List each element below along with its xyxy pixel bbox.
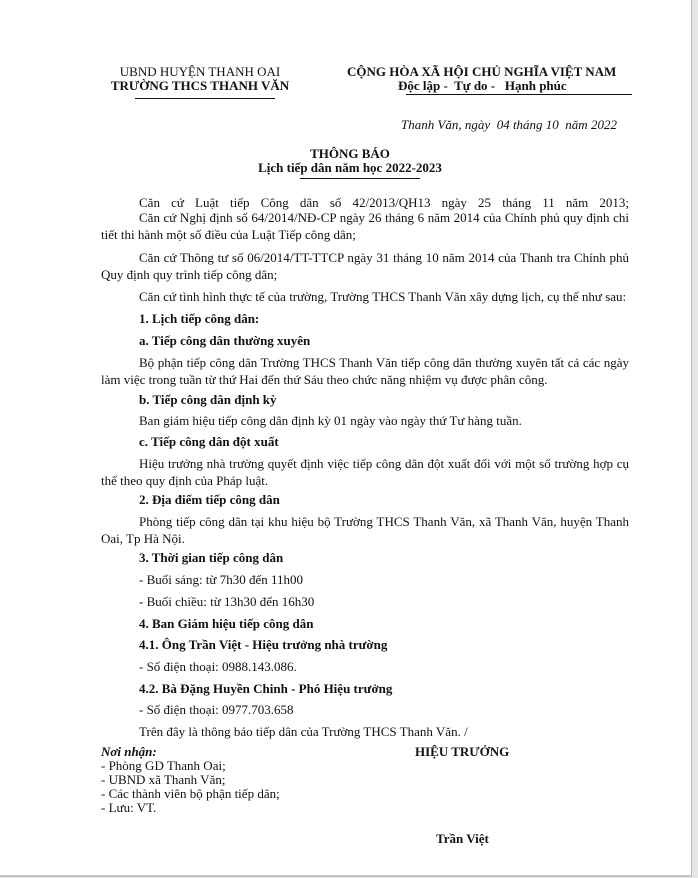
section-1c-heading: c. Tiếp công dân đột xuất: [139, 434, 279, 449]
section-1b-heading: b. Tiếp công dân định kỳ: [139, 392, 277, 407]
principal-heading: 4.1. Ông Trần Việt - Hiệu trưởng nhà trư…: [139, 637, 387, 652]
signatory-name: Trần Việt: [436, 831, 489, 846]
document-title: THÔNG BÁO: [220, 146, 480, 161]
section-1a-text: Bộ phận tiếp công dân Trường THCS Thanh …: [101, 354, 629, 388]
section-2-heading: 2. Địa điểm tiếp công dân: [139, 492, 280, 507]
recipient-item: - UBND xã Thanh Văn;: [101, 772, 225, 787]
place-date: Thanh Văn, ngày 04 tháng 10 năm 2022: [401, 117, 617, 132]
vice-principal-phone: - Số điện thoại: 0977.703.658: [139, 702, 294, 717]
vice-principal-heading: 4.2. Bà Đặng Huyền Chinh - Phó Hiệu trưở…: [139, 681, 392, 696]
signature-title: HIỆU TRƯỞNG: [415, 744, 509, 759]
preamble-4: Căn cứ tình hình thực tế của trường, Trư…: [101, 288, 629, 305]
section-4-heading: 4. Ban Giám hiệu tiếp công dân: [139, 616, 313, 631]
recipient-item: - Lưu: VT.: [101, 800, 156, 815]
school-underline: [135, 98, 275, 99]
agency-name: UBND HUYỆN THANH OAI: [90, 64, 310, 79]
section-2-text: Phòng tiếp công dân tại khu hiệu bộ Trườ…: [101, 513, 629, 547]
closing-statement: Trên đây là thông báo tiếp dân của Trườn…: [139, 724, 468, 739]
preamble-2: Căn cứ Nghị định số 64/2014/NĐ-CP ngày 2…: [101, 209, 629, 243]
section-1c-text: Hiệu trưởng nhà trường quyết định việc t…: [101, 455, 629, 489]
afternoon-hours: - Buổi chiều: từ 13h30 đến 16h30: [139, 594, 314, 609]
section-1a-heading: a. Tiếp công dân thường xuyên: [139, 333, 310, 348]
document-subtitle: Lịch tiếp dân năm học 2022-2023: [220, 160, 480, 175]
recipient-item: - Các thành viên bộ phận tiếp dân;: [101, 786, 280, 801]
school-name: TRƯỜNG THCS THANH VĂN: [90, 78, 310, 93]
title-underline: [300, 178, 420, 179]
section-1b-text: Ban giám hiệu tiếp công dân định kỳ 01 n…: [101, 412, 629, 429]
recipients-label: Nơi nhận:: [101, 744, 157, 759]
national-motto: Độc lập - Tự do - Hạnh phúc: [398, 78, 567, 93]
recipient-item: - Phòng GD Thanh Oai;: [101, 758, 226, 773]
national-title: CỘNG HÒA XÃ HỘI CHỦ NGHĨA VIỆT NAM: [347, 64, 616, 79]
document-page: UBND HUYỆN THANH OAI TRƯỜNG THCS THANH V…: [0, 0, 692, 877]
morning-hours: - Buổi sáng: từ 7h30 đến 11h00: [139, 572, 303, 587]
section-3-heading: 3. Thời gian tiếp công dân: [139, 550, 283, 565]
section-1-heading: 1. Lịch tiếp công dân:: [139, 311, 259, 326]
principal-phone: - Số điện thoại: 0988.143.086.: [139, 659, 297, 674]
preamble-3: Căn cứ Thông tư số 06/2014/TT-TTCP ngày …: [101, 249, 629, 283]
motto-underline: [406, 94, 632, 95]
